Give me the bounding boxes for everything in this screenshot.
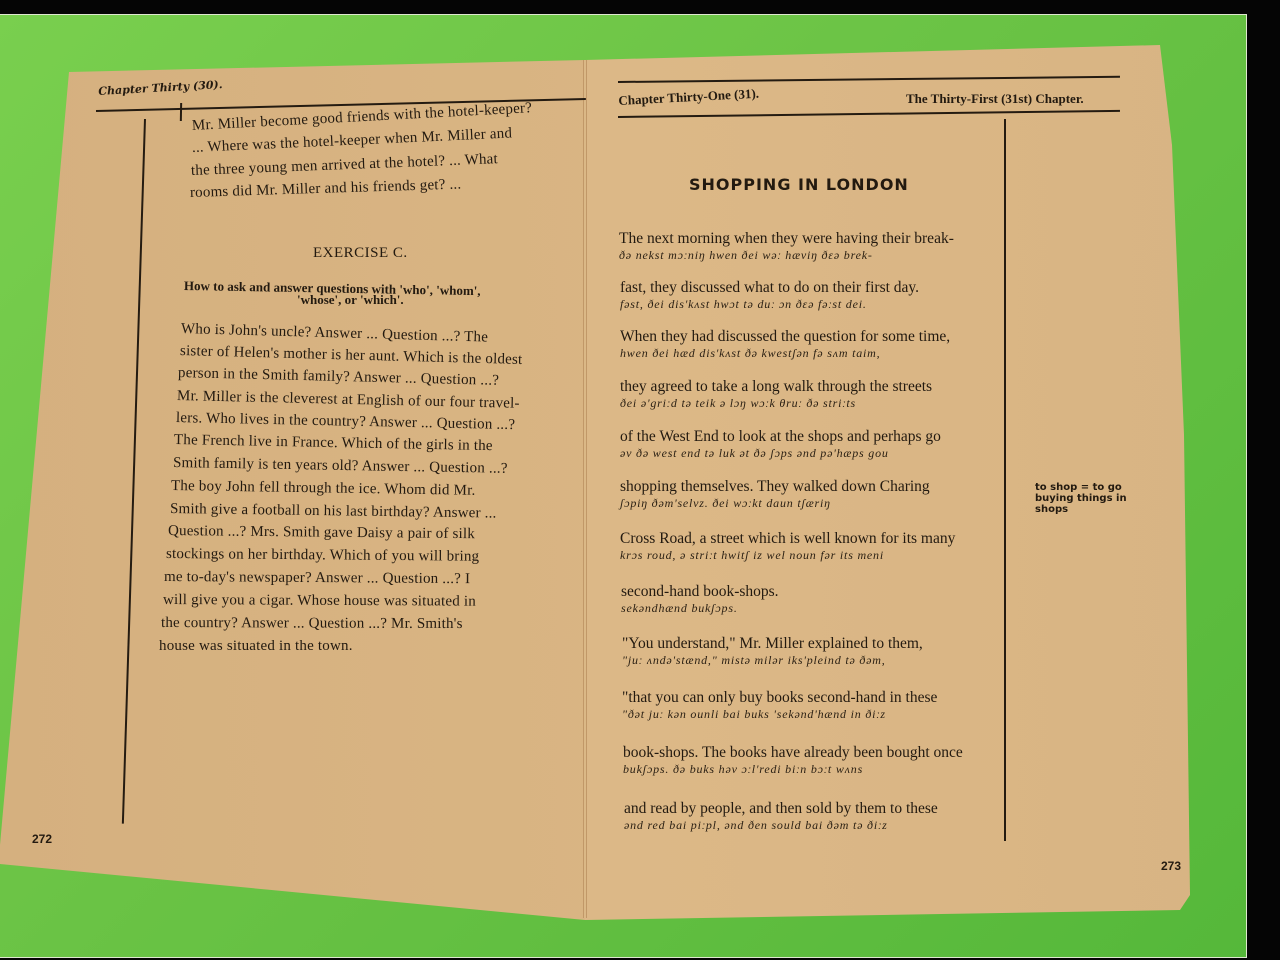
margin-note: to shop = to go buying things in shops [1035,482,1145,515]
text-line-pair: "that you can only buy books second-hand… [622,689,1006,722]
phonetic-line: fəst, ðei dis'kʌst hwɔt tə duː ɔn ðɛə fə… [620,297,1004,312]
text-line-pair: second-hand book-shops. sekəndhænd bukʃɔ… [621,583,1005,616]
text-line: 'whose', or 'which'. [297,292,404,308]
phonetic-line: ʃɔpiŋ ðəm'selvz. ðei wɔːkt daun tʃæriŋ [620,496,1004,511]
english-line: fast, they discussed what to do on their… [620,279,1004,297]
chapter-title: SHOPPING IN LONDON [689,175,909,194]
text-line-pair: When they had discussed the question for… [620,328,1004,361]
phonetic-line: "ðət juː kən ounli bai buks 'sekənd'hænd… [622,707,1006,722]
phonetic-line: hwen ðei hæd dis'kʌst ðə kwestʃən fə sʌm… [620,346,1004,361]
text-line-pair: shopping themselves. They walked down Ch… [620,478,1004,511]
english-line: The next morning when they were having t… [619,230,1003,248]
english-line: book-shops. The books have already been … [623,744,1007,762]
text-line-pair: Cross Road, a street which is well known… [620,530,1004,563]
english-line: "You understand," Mr. Miller explained t… [622,635,1006,653]
english-line: shopping themselves. They walked down Ch… [620,478,1004,496]
text-line-pair: and read by people, and then sold by the… [624,800,1008,833]
english-line: Cross Road, a street which is well known… [620,530,1004,548]
english-line: of the West End to look at the shops and… [620,428,1004,446]
phonetic-line: ðə nekst mɔːniŋ hwen ðei wəː hæviŋ ðɛə b… [619,248,1003,263]
text-line: Question ...? Mrs. Smith gave Daisy a pa… [168,523,475,543]
english-line: "that you can only buy books second-hand… [622,689,1006,707]
text-line: me to-day's newspaper? Answer ... Questi… [164,569,470,588]
text-line: the country? Answer ... Question ...? Mr… [161,615,463,633]
phonetic-line: əv ðə west end tə luk ət ðə ʃɔps ənd pə'… [620,446,1004,461]
text-line: stockings on her birthday. Which of you … [166,546,479,566]
right-page-number: 273 [1161,859,1181,873]
text-line-pair: book-shops. The books have already been … [623,744,1007,777]
text-line-pair: of the West End to look at the shops and… [620,428,1004,461]
book-gutter [583,60,587,918]
text-line-pair: The next morning when they were having t… [619,230,1003,263]
photo-frame: Chapter Thirty (30). Mr. Miller become g… [0,14,1247,958]
english-line: they agreed to take a long walk through … [620,378,1004,396]
phonetic-line: ðei ə'griːd tə teik ə lɔŋ wɔːk θruː ðə s… [620,396,1004,411]
phonetic-line: bukʃɔps. ðə buks həv ɔːl'redi biːn bɔːt … [623,762,1007,777]
phonetic-line: ənd red bai piːpl, ənd ðen sould bai ðəm… [624,818,1008,833]
text-line-pair: "You understand," Mr. Miller explained t… [622,635,1006,668]
text-line: will give you a cigar. Whose house was s… [163,592,476,611]
text-line-pair: they agreed to take a long walk through … [620,378,1004,411]
left-column-rule-top [180,103,182,121]
right-margin-rule [1004,119,1006,841]
english-line: When they had discussed the question for… [620,328,1004,346]
phonetic-line: "juː ʌndə'stænd," mistə milər iks'pleind… [622,653,1006,668]
english-line: and read by people, and then sold by the… [624,800,1008,818]
phonetic-line: sekəndhænd bukʃɔps. [621,601,1005,616]
text-line-pair: fast, they discussed what to do on their… [620,279,1004,312]
text-line: house was situated in the town. [159,638,353,655]
left-page-number: 272 [32,832,52,846]
right-running-head-right: The Thirty-First (31st) Chapter. [906,91,1084,107]
exercise-title: EXERCISE C. [313,245,408,262]
phonetic-line: krɔs roud, ə striːt hwitʃ iz wel noun fə… [620,548,1004,563]
english-line: second-hand book-shops. [621,583,1005,601]
